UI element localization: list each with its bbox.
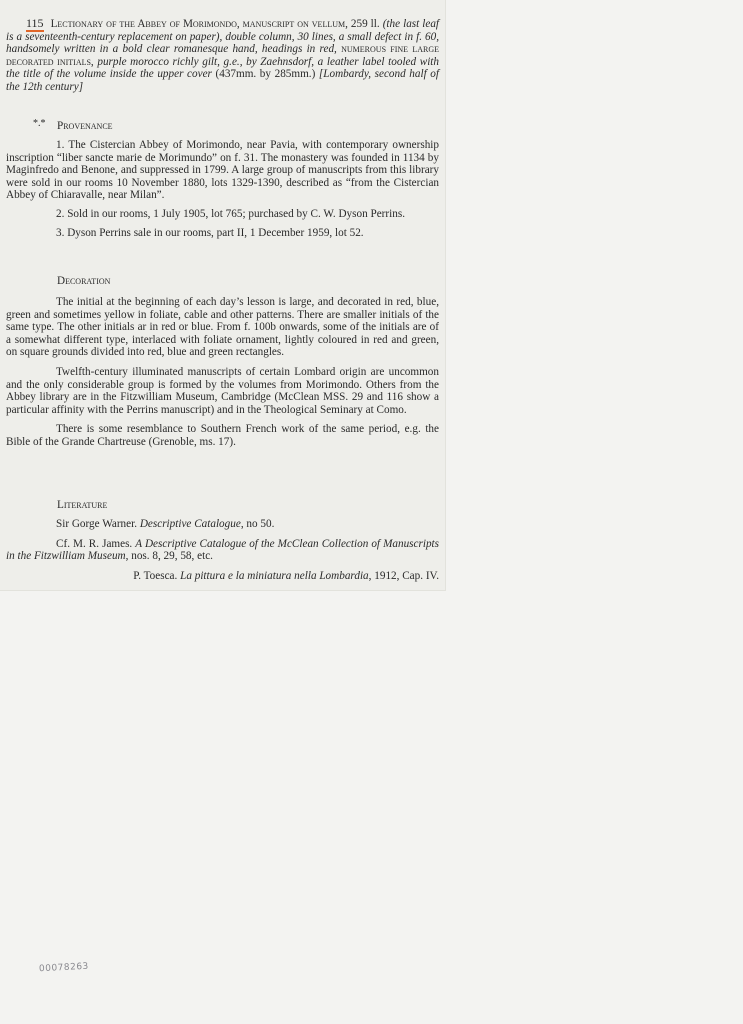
lot-number: 115 (26, 16, 44, 32)
provenance-heading: Provenance (57, 120, 113, 132)
citation-author: P. Toesca. (133, 570, 180, 582)
citation-title: Descriptive Catalogue (140, 518, 241, 530)
decoration-heading: Decoration (57, 275, 110, 287)
citation-author: Cf. M. R. James. (56, 538, 135, 550)
provenance-list: 1. The Cistercian Abbey of Morimondo, ne… (6, 139, 439, 239)
decoration-paragraph: There is some resemblance to Southern Fr… (6, 423, 439, 448)
catalogue-clipping: 115 Lectionary of the Abbey of Morimondo… (0, 0, 446, 591)
decoration-text: The initial at the beginning of each day… (6, 296, 439, 449)
citation-detail: , no 50. (241, 518, 275, 530)
lot-title: ectionary of the Abbey of Morimondo, man… (57, 18, 348, 30)
archive-stamp: 00078263 (39, 962, 89, 975)
leaf-count: 259 ll. (351, 18, 380, 30)
lot-entry: 115 Lectionary of the Abbey of Morimondo… (6, 17, 439, 94)
citation-author: Sir Gorge Warner. (56, 518, 140, 530)
citation-title: La pittura e la miniatura nella Lombardi… (180, 570, 369, 582)
decoration-paragraph: The initial at the beginning of each day… (6, 296, 439, 359)
citation-detail: , nos. 8, 29, 58, etc. (126, 550, 213, 562)
asterism-icon: *.* (33, 120, 46, 128)
literature-item: Cf. M. R. James. A Descriptive Catalogue… (6, 538, 439, 563)
dimensions: (437mm. by 285mm.) (216, 68, 316, 80)
provenance-item: 2. Sold in our rooms, 1 July 1905, lot 7… (6, 208, 439, 221)
provenance-item: 3. Dyson Perrins sale in our rooms, part… (6, 227, 439, 240)
literature-item: P. Toesca. La pittura e la miniatura nel… (6, 570, 439, 583)
literature-heading: Literature (57, 499, 107, 511)
decoration-paragraph: Twelfth-century illuminated manuscripts … (6, 366, 439, 416)
literature-list: Sir Gorge Warner. Descriptive Catalogue,… (6, 518, 439, 582)
provenance-item: 1. The Cistercian Abbey of Morimondo, ne… (6, 139, 439, 202)
literature-item: Sir Gorge Warner. Descriptive Catalogue,… (6, 518, 439, 531)
citation-detail: , 1912, Cap. IV. (369, 570, 439, 582)
